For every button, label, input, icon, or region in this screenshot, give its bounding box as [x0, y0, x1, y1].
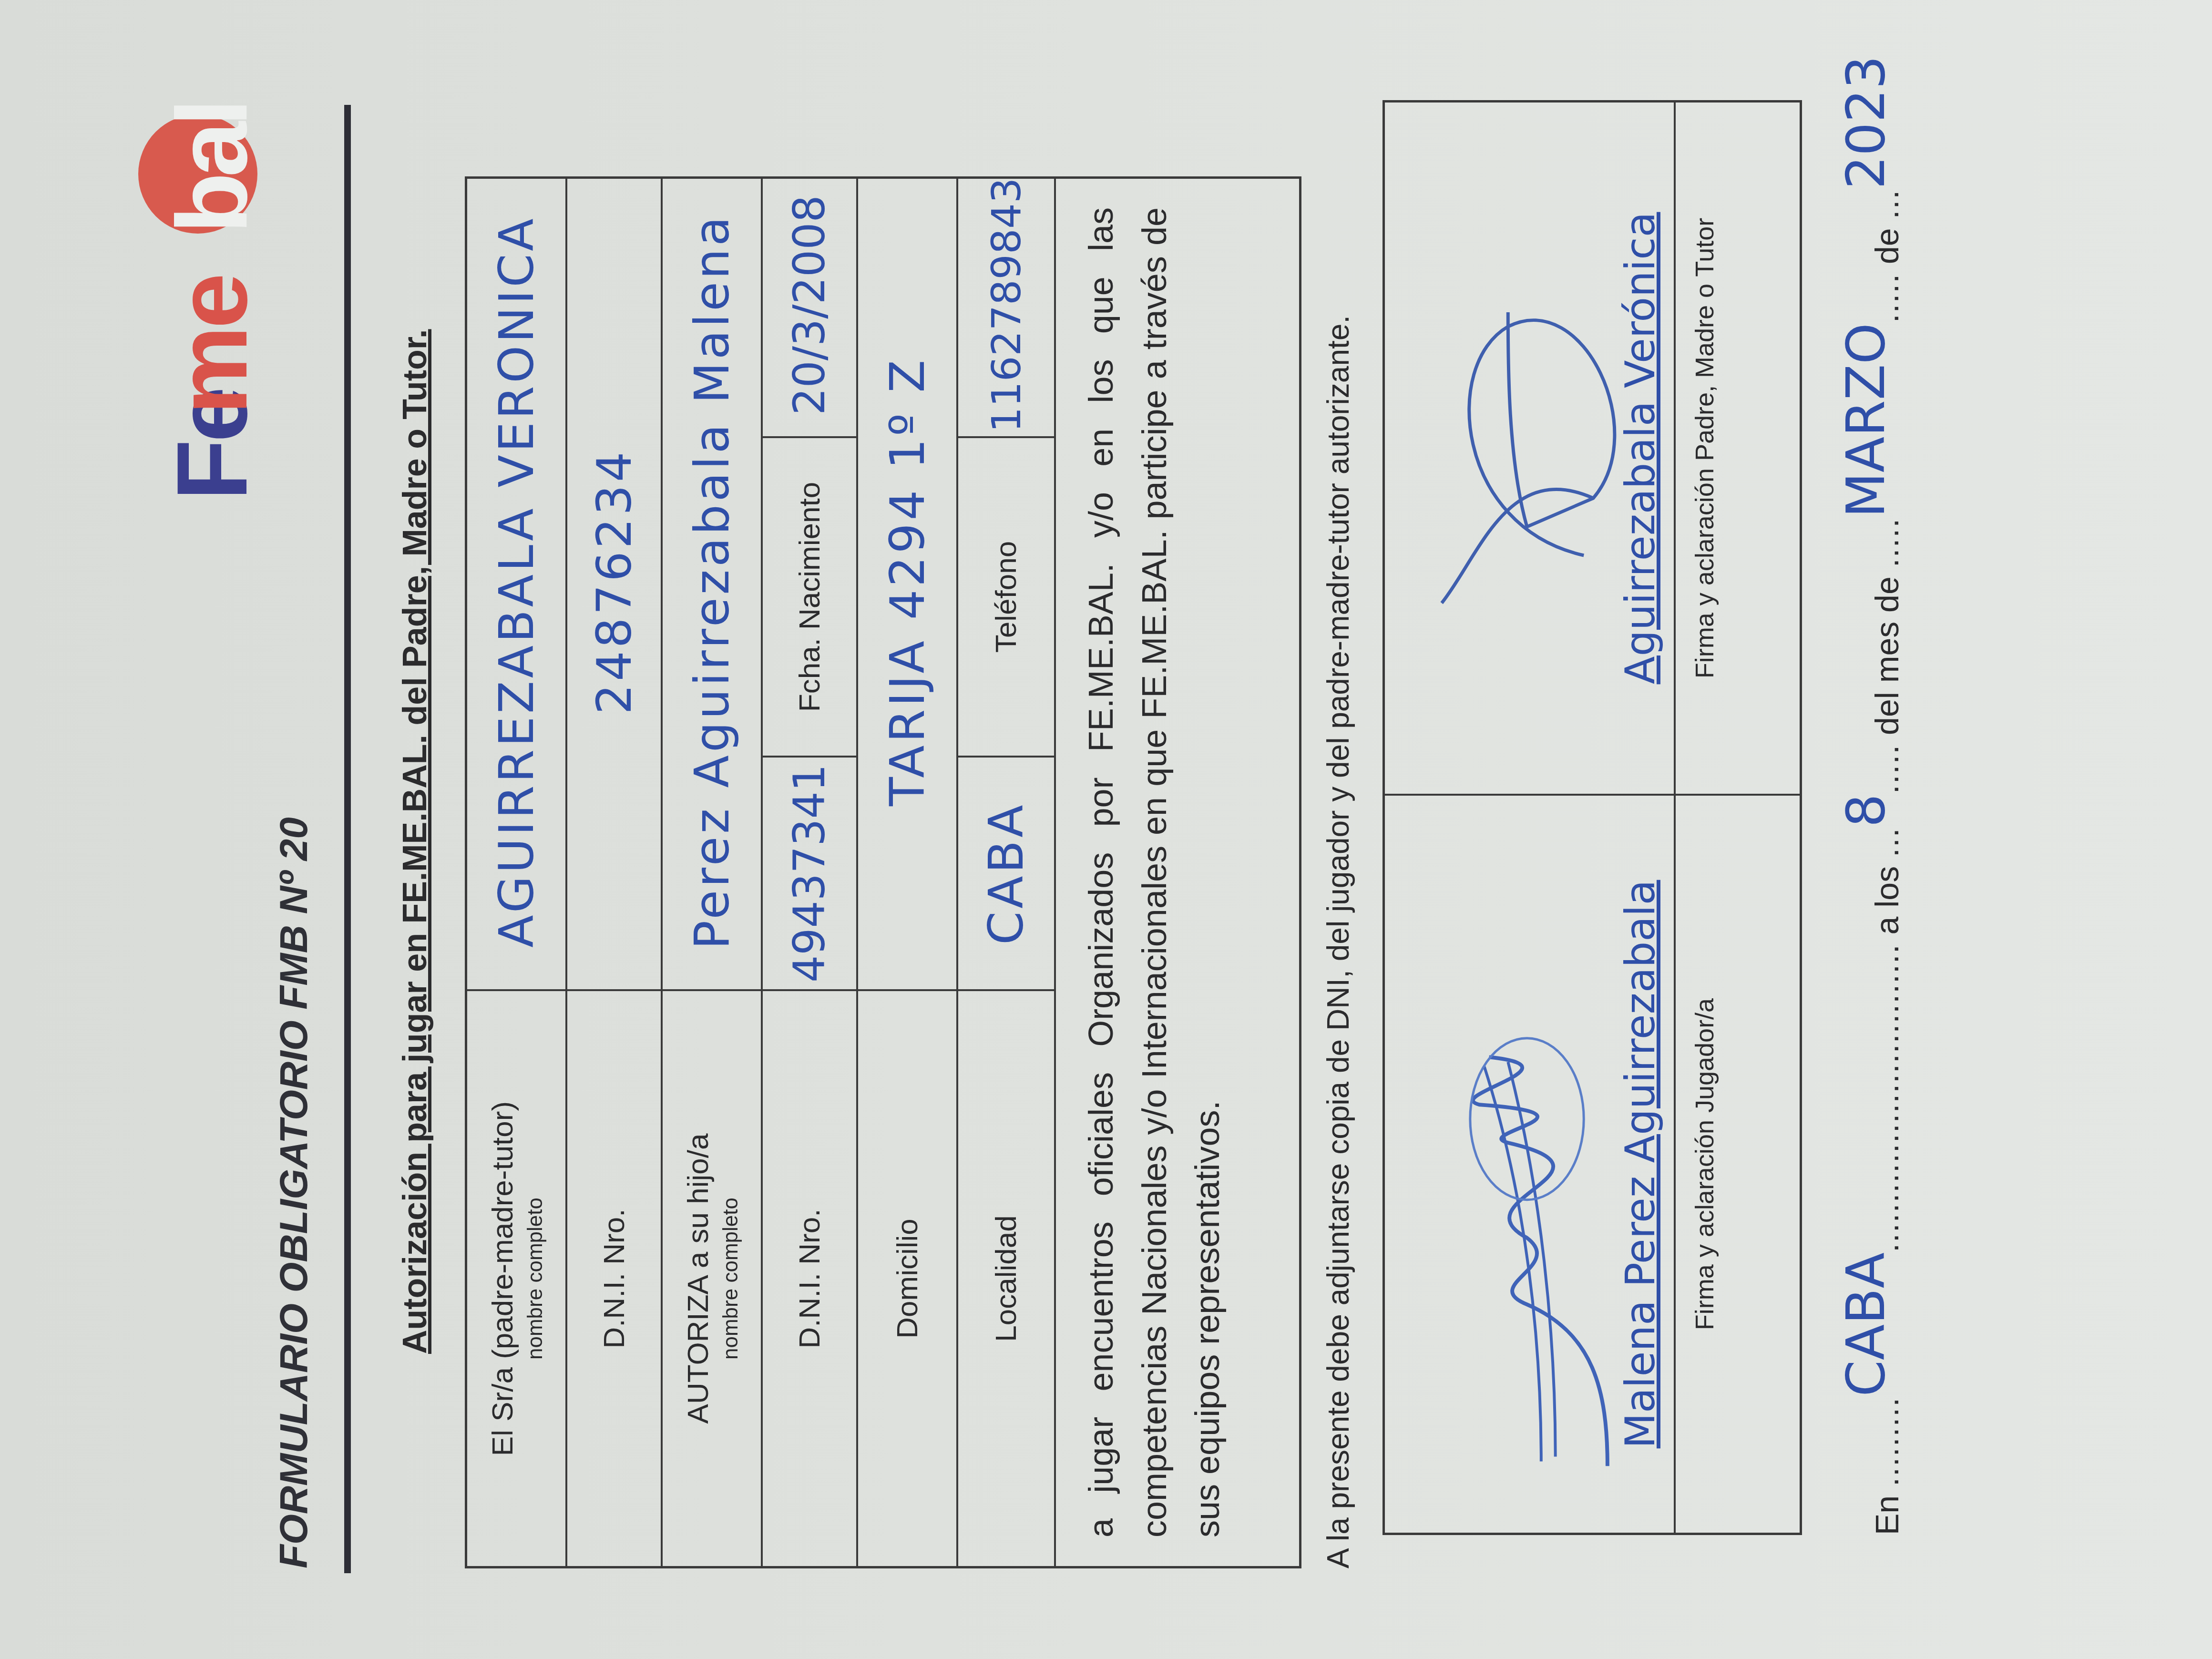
address-field[interactable]: TARIJA 4294 1º Z [858, 174, 956, 989]
birth-label: Fcha. Nacimiento [793, 482, 827, 712]
title-divider [344, 105, 351, 1573]
phone-field[interactable]: 1162789843 [958, 174, 1054, 436]
child-name-field[interactable]: Perez Aguirrezabala Malena [663, 174, 761, 989]
row-address: Domicilio TARIJA 4294 1º Z [858, 179, 958, 1566]
guardian-label-cell: El Sr/a (padre-madre-tutor) nombre compl… [467, 989, 565, 1566]
locality-field[interactable]: CABA [958, 756, 1054, 989]
guardian-dni-value: 24876234 [586, 449, 642, 715]
locality-label-cell: Localidad [958, 989, 1054, 1566]
locality-label: Localidad [989, 1215, 1023, 1342]
phone-label: Teléfono [989, 541, 1023, 653]
date-a-los: a los [1869, 866, 1905, 935]
child-label-cell: AUTORIZA a su hijo/a nombre completo [663, 989, 761, 1566]
form-title: FORMULARIO OBLIGATORIO FMB Nº 20 [272, 817, 317, 1568]
birth-date-value: 20/3/2008 [785, 195, 835, 415]
month-field[interactable]: MARZO [1835, 323, 1896, 518]
child-dni-field[interactable]: 49437341 [763, 756, 856, 989]
address-label-cell: Domicilio [858, 989, 956, 1566]
child-dni-value: 49437341 [785, 764, 835, 983]
player-signature-field[interactable]: Malena Perez Aguirrezabala [1385, 796, 1676, 1533]
day-field[interactable]: 8 [1835, 794, 1896, 827]
logo-me: me [162, 276, 262, 415]
signature-box: Malena Perez Aguirrezabala Firma y aclar… [1382, 100, 1802, 1535]
guardian-sublabel: nombre completo [523, 1198, 547, 1360]
place-field[interactable]: CABA [1835, 1252, 1896, 1397]
date-de: de [1869, 228, 1905, 264]
guardian-dni-field[interactable]: 24876234 [567, 174, 661, 989]
authorization-paragraph: a jugar encuentros oficiales Organizados… [1056, 179, 1299, 1566]
attachment-note: A la presente debe adjuntarse copia de D… [1321, 315, 1356, 1568]
guardian-signature-column: Aguirrezabala Verónica Firma y aclaració… [1385, 102, 1800, 794]
address-value: TARIJA 4294 1º Z [880, 357, 935, 806]
locality-value: CABA [978, 802, 1034, 944]
guardian-signature-name: Aguirrezabala Verónica [1617, 102, 1664, 794]
year-field[interactable]: 2023 [1835, 56, 1896, 189]
femebal-logo: Fe me bal [157, 110, 248, 501]
guardian-dni-label-cell: D.N.I. Nro. [567, 989, 661, 1566]
guardian-signature-caption: Firma y aclaración Padre, Madre o Tutor [1690, 102, 1720, 794]
child-dni-label: D.N.I. Nro. [793, 1209, 827, 1349]
birth-date-field[interactable]: 20/3/2008 [763, 174, 856, 436]
birth-label-cell: Fcha. Nacimiento [763, 436, 856, 756]
guardian-name-field[interactable]: AGUIRREZABALA VERONICA [467, 174, 565, 989]
date-line: En .........CABA........................… [1850, 56, 1911, 1535]
date-prefix: En [1869, 1495, 1905, 1535]
logo-bal: bal [162, 103, 262, 234]
child-label: AUTORIZA a su hijo/a [681, 1134, 715, 1424]
child-sublabel: nombre completo [719, 1198, 743, 1360]
row-locality-phone: Localidad CABA Teléfono 1162789843 [958, 179, 1056, 1566]
player-signature-caption: Firma y aclaración Jugador/a [1690, 796, 1720, 1533]
photo-frame: Fe me bal FORMULARIO OBLIGATORIO FMB Nº … [0, 0, 2212, 1659]
form-subtitle: Autorización para jugar en FE.ME.BAL. de… [396, 329, 434, 1354]
guardian-signature-field[interactable]: Aguirrezabala Verónica [1385, 102, 1676, 794]
row-child-dni-birth: D.N.I. Nro. 49437341 Fcha. Nacimiento 20… [763, 179, 858, 1566]
date-del-mes-de: del mes de [1869, 576, 1905, 735]
phone-label-cell: Teléfono [958, 436, 1054, 756]
guardian-label: El Sr/a (padre-madre-tutor) [486, 1101, 520, 1456]
child-dni-label-cell: D.N.I. Nro. [763, 989, 856, 1566]
player-signature-name: Malena Perez Aguirrezabala [1617, 796, 1664, 1533]
guardian-dni-label: D.N.I. Nro. [597, 1209, 631, 1349]
address-label: Domicilio [891, 1219, 924, 1338]
child-name-value: Perez Aguirrezabala Malena [684, 214, 740, 950]
row-child-name: AUTORIZA a su hijo/a nombre completo Per… [663, 179, 763, 1566]
guardian-name-value: AGUIRREZABALA VERONICA [489, 215, 544, 947]
row-guardian-name: El Sr/a (padre-madre-tutor) nombre compl… [467, 179, 567, 1566]
form-page: Fe me bal FORMULARIO OBLIGATORIO FMB Nº … [0, 0, 2212, 1659]
authorization-table: El Sr/a (padre-madre-tutor) nombre compl… [465, 176, 1301, 1568]
player-signature-column: Malena Perez Aguirrezabala Firma y aclar… [1385, 794, 1800, 1533]
phone-value: 1162789843 [983, 178, 1030, 432]
row-guardian-dni: D.N.I. Nro. 24876234 [567, 179, 663, 1566]
